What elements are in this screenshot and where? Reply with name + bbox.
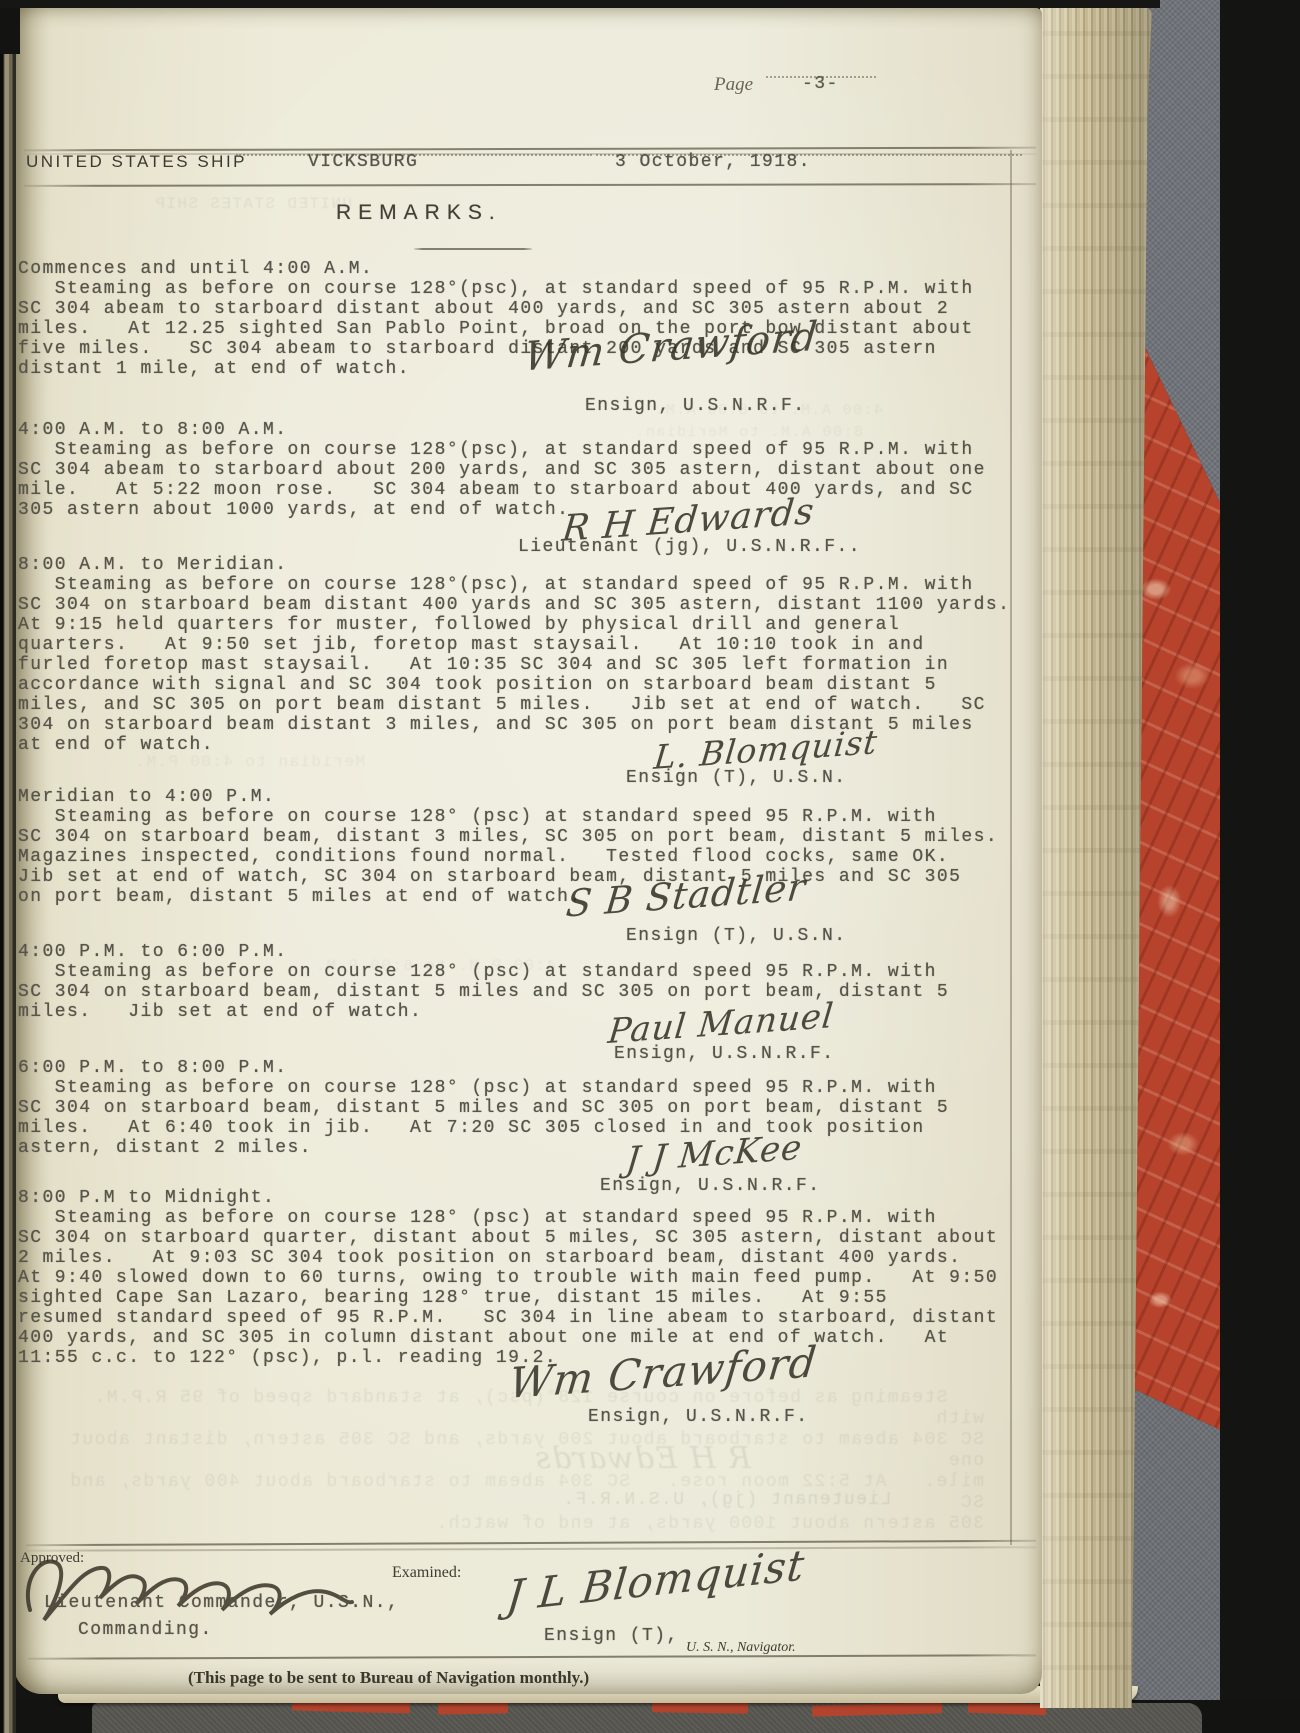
ship-label: UNITED STATES SHIP: [26, 152, 247, 172]
header-rule-top: [24, 147, 1036, 152]
signature-rank: Ensign (T), U.S.N.: [626, 926, 847, 946]
entry-heading: Commences and until 4:00 A.M.: [18, 259, 373, 279]
entry-heading: Meridian to 4:00 P.M.: [18, 787, 275, 807]
entry-heading: 8:00 A.M. to Meridian.: [18, 555, 288, 575]
signature-rank: Ensign (T), U.S.N.: [626, 768, 847, 788]
log-book-photo: Page -3- UNITED STATES SHIP VICKSBURG 3 …: [0, 0, 1300, 1733]
remarks-underline: [414, 248, 532, 250]
signature-rank: Lieutenant (jg), U.S.N.R.F..: [518, 537, 861, 557]
bleed-through-signature: R H Edwards: [534, 1448, 751, 1469]
entry-body: Steaming as before on course 128° (psc) …: [18, 962, 1118, 1022]
entry-body: Steaming as before on course 128° (psc) …: [18, 1078, 1118, 1158]
bleed-through-text: UNITED STATES SHIP: [154, 194, 352, 215]
signature-rank: Ensign, U.S.N.R.F.: [614, 1044, 835, 1064]
signature-rank: Ensign, U.S.N.R.F.: [600, 1176, 821, 1196]
log-date: 3 October, 1918.: [615, 152, 811, 172]
entry-heading: 8:00 P.M to Midnight.: [18, 1188, 275, 1208]
marbled-fragment: [652, 1701, 748, 1714]
entry-heading: 4:00 A.M. to 8:00 A.M.: [18, 420, 288, 440]
entry-body: Steaming as before on course 128°(psc), …: [18, 575, 1118, 755]
entry-heading: 6:00 P.M. to 8:00 P.M.: [18, 1058, 288, 1078]
log-page: Page -3- UNITED STATES SHIP VICKSBURG 3 …: [14, 8, 1042, 1694]
background-top: [0, 0, 1160, 8]
footer-rule-bottom: [28, 1654, 1036, 1660]
entry-body: Steaming as before on course 128° (psc) …: [18, 1208, 1118, 1368]
entry-heading: 4:00 P.M. to 6:00 P.M.: [18, 942, 288, 962]
ship-name: VICKSBURG: [308, 152, 418, 172]
bleed-through-text: 4:00 P.M. to 6:00 P.M.: [314, 956, 556, 977]
marbled-fragment: [438, 1702, 508, 1714]
bleed-through-text: 8:00 A.M. to Meridian.: [634, 422, 863, 443]
examined-rank: Ensign (T),: [544, 1626, 679, 1646]
approved-rank-2: Commanding.: [78, 1620, 213, 1640]
bleed-through-text: 4:00 A.M. to 8:00 A.M.: [654, 400, 883, 421]
examined-title: U. S. N., Navigator.: [686, 1640, 796, 1656]
header-rule-bottom: [24, 183, 1036, 187]
footer-note: (This page to be sent to Bureau of Navig…: [188, 1668, 589, 1688]
bleed-through-text: Meridian to 4:00 P.M.: [134, 752, 365, 773]
remarks-title: REMARKS.: [336, 201, 502, 225]
approved-rank: Lieutenant Commander, U.S.N.,: [44, 1593, 399, 1613]
page-number-label: Page: [714, 74, 753, 96]
bleed-through-rank: Lieutenant (jg), U.S.N.R.F.: [562, 1490, 891, 1511]
previous-page-sliver: [0, 0, 16, 1733]
examined-signature: J L Blomquist: [504, 1540, 807, 1621]
page-number-value: -3-: [802, 74, 839, 94]
gutter-shadow-top: [0, 0, 20, 54]
bleed-through-paragraph: Steaming as before on course 128°(psc), …: [44, 1388, 984, 1535]
examined-label: Examined:: [392, 1564, 461, 1582]
